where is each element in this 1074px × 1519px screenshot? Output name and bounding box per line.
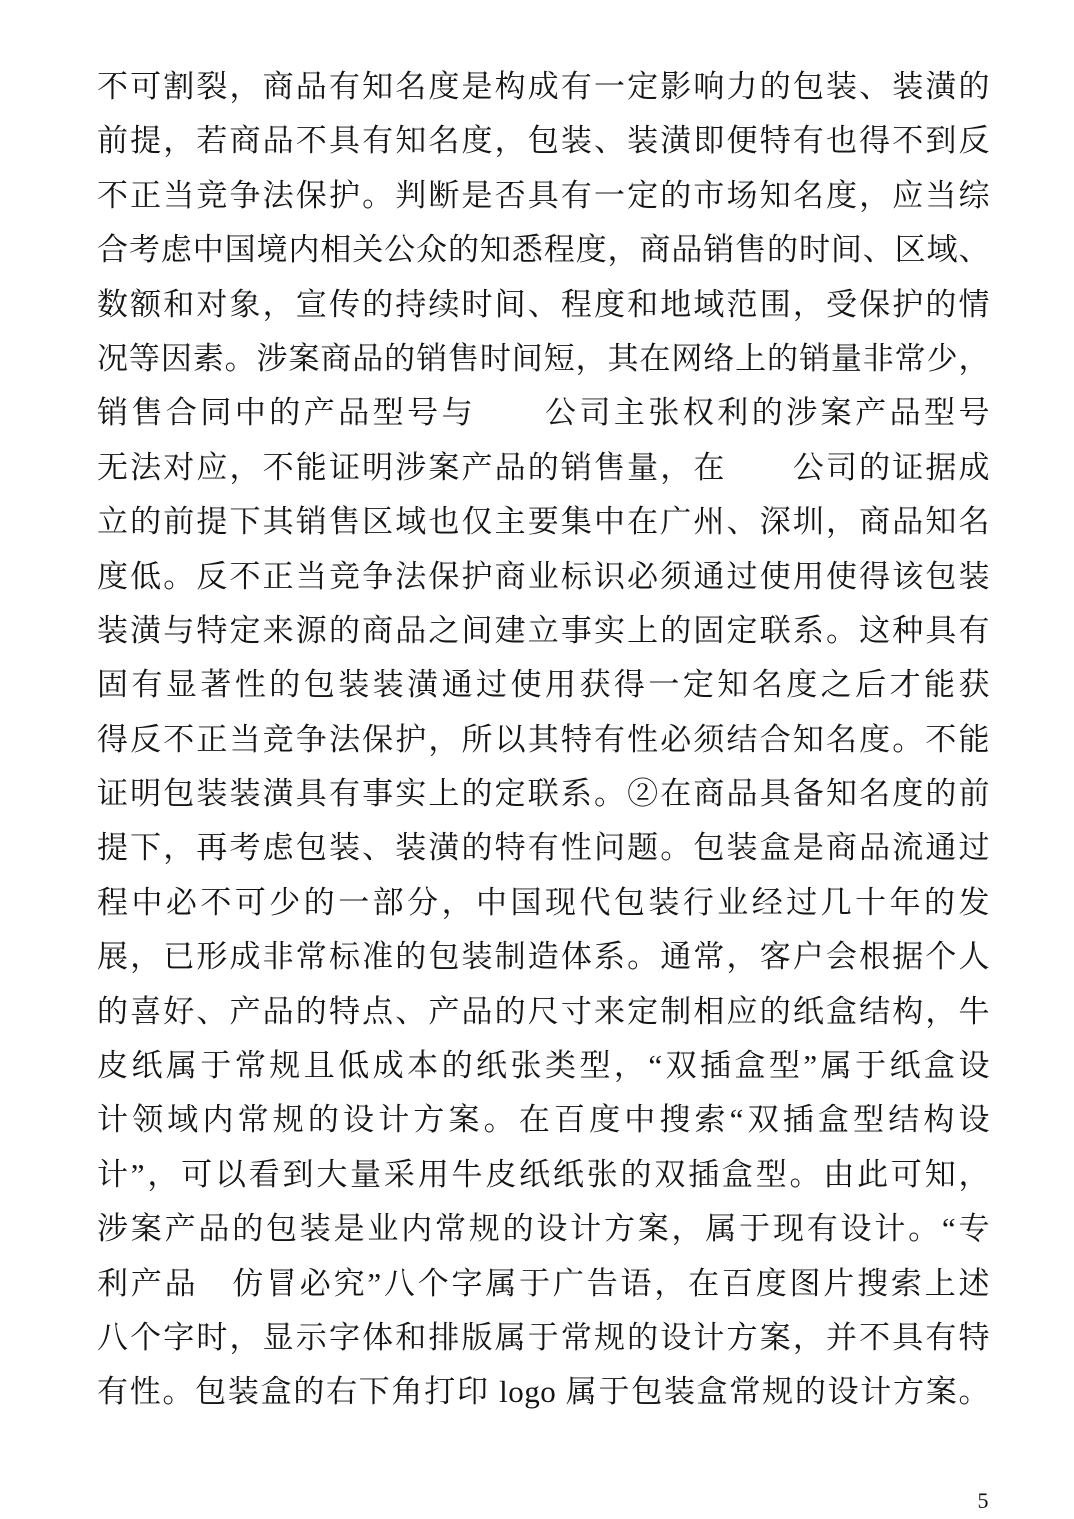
text-line: 数额和对象，宣传的持续时间、程度和地域范围，受保护的情: [97, 278, 990, 332]
text-line-footnote-marker: 证明包装装潢具有事实上的定联系。②在商品具备知名度的前: [97, 767, 990, 821]
text-line: 八个字时，显示字体和排版属于常规的设计方案，并不具有特: [97, 1311, 990, 1365]
text-line: 利产品 仿冒必究”八个字属于广告语，在百度图片搜索上述: [97, 1257, 990, 1311]
text-line: 计领域内常规的设计方案。在百度中搜索“双插盒型结构设: [97, 1093, 990, 1147]
text-line: 皮纸属于常规且低成本的纸张类型，“双插盒型”属于纸盒设: [97, 1039, 990, 1093]
text-line: 固有显著性的包装装潢通过使用获得一定知名度之后才能获: [97, 658, 990, 712]
text-line: 计”，可以看到大量采用牛皮纸纸张的双插盒型。由此可知，: [97, 1148, 990, 1202]
text-line: 况等因素。涉案商品的销售时间短，其在网络上的销量非常少，: [97, 332, 990, 386]
text-line: 不可割裂，商品有知名度是构成有一定影响力的包装、装潢的: [97, 60, 990, 114]
document-page: 不可割裂，商品有知名度是构成有一定影响力的包装、装潢的 前提，若商品不具有知名度…: [0, 0, 1074, 1519]
text-line-redacted-gap: 无法对应，不能证明涉案产品的销售量，在 公司的证据成: [97, 441, 990, 495]
text-line: 提下，再考虑包装、装潢的特有性问题。包装盒是商品流通过: [97, 821, 990, 875]
text-line: 度低。反不正当竞争法保护商业标识必须通过使用使得该包装: [97, 550, 990, 604]
text-line-redacted-gap: 销售合同中的产品型号与 公司主张权利的涉案产品型号: [97, 386, 990, 440]
text-line: 立的前提下其销售区域也仅主要集中在广州、深圳，商品知名: [97, 495, 990, 549]
text-line: 得反不正当竞争法保护，所以其特有性必须结合知名度。不能: [97, 713, 990, 767]
text-line: 程中必不可少的一部分，中国现代包装行业经过几十年的发: [97, 876, 990, 930]
text-line: 涉案产品的包装是业内常规的设计方案，属于现有设计。“专: [97, 1202, 990, 1256]
text-line: 展，已形成非常标准的包装制造体系。通常，客户会根据个人: [97, 930, 990, 984]
text-line: 合考虑中国境内相关公众的知悉程度，商品销售的时间、区域、: [97, 223, 990, 277]
text-line: 不正当竞争法保护。判断是否具有一定的市场知名度，应当综: [97, 169, 990, 223]
text-line: 前提，若商品不具有知名度，包装、装潢即便特有也得不到反: [97, 114, 990, 168]
text-line: 装潢与特定来源的商品之间建立事实上的固定联系。这种具有: [97, 604, 990, 658]
text-line: 的喜好、产品的特点、产品的尺寸来定制相应的纸盒结构，牛: [97, 985, 990, 1039]
text-line: 有性。包装盒的右下角打印 logo 属于包装盒常规的设计方案。: [97, 1365, 990, 1419]
document-body-text: 不可割裂，商品有知名度是构成有一定影响力的包装、装潢的 前提，若商品不具有知名度…: [97, 60, 990, 1420]
page-number: 5: [968, 1488, 998, 1514]
